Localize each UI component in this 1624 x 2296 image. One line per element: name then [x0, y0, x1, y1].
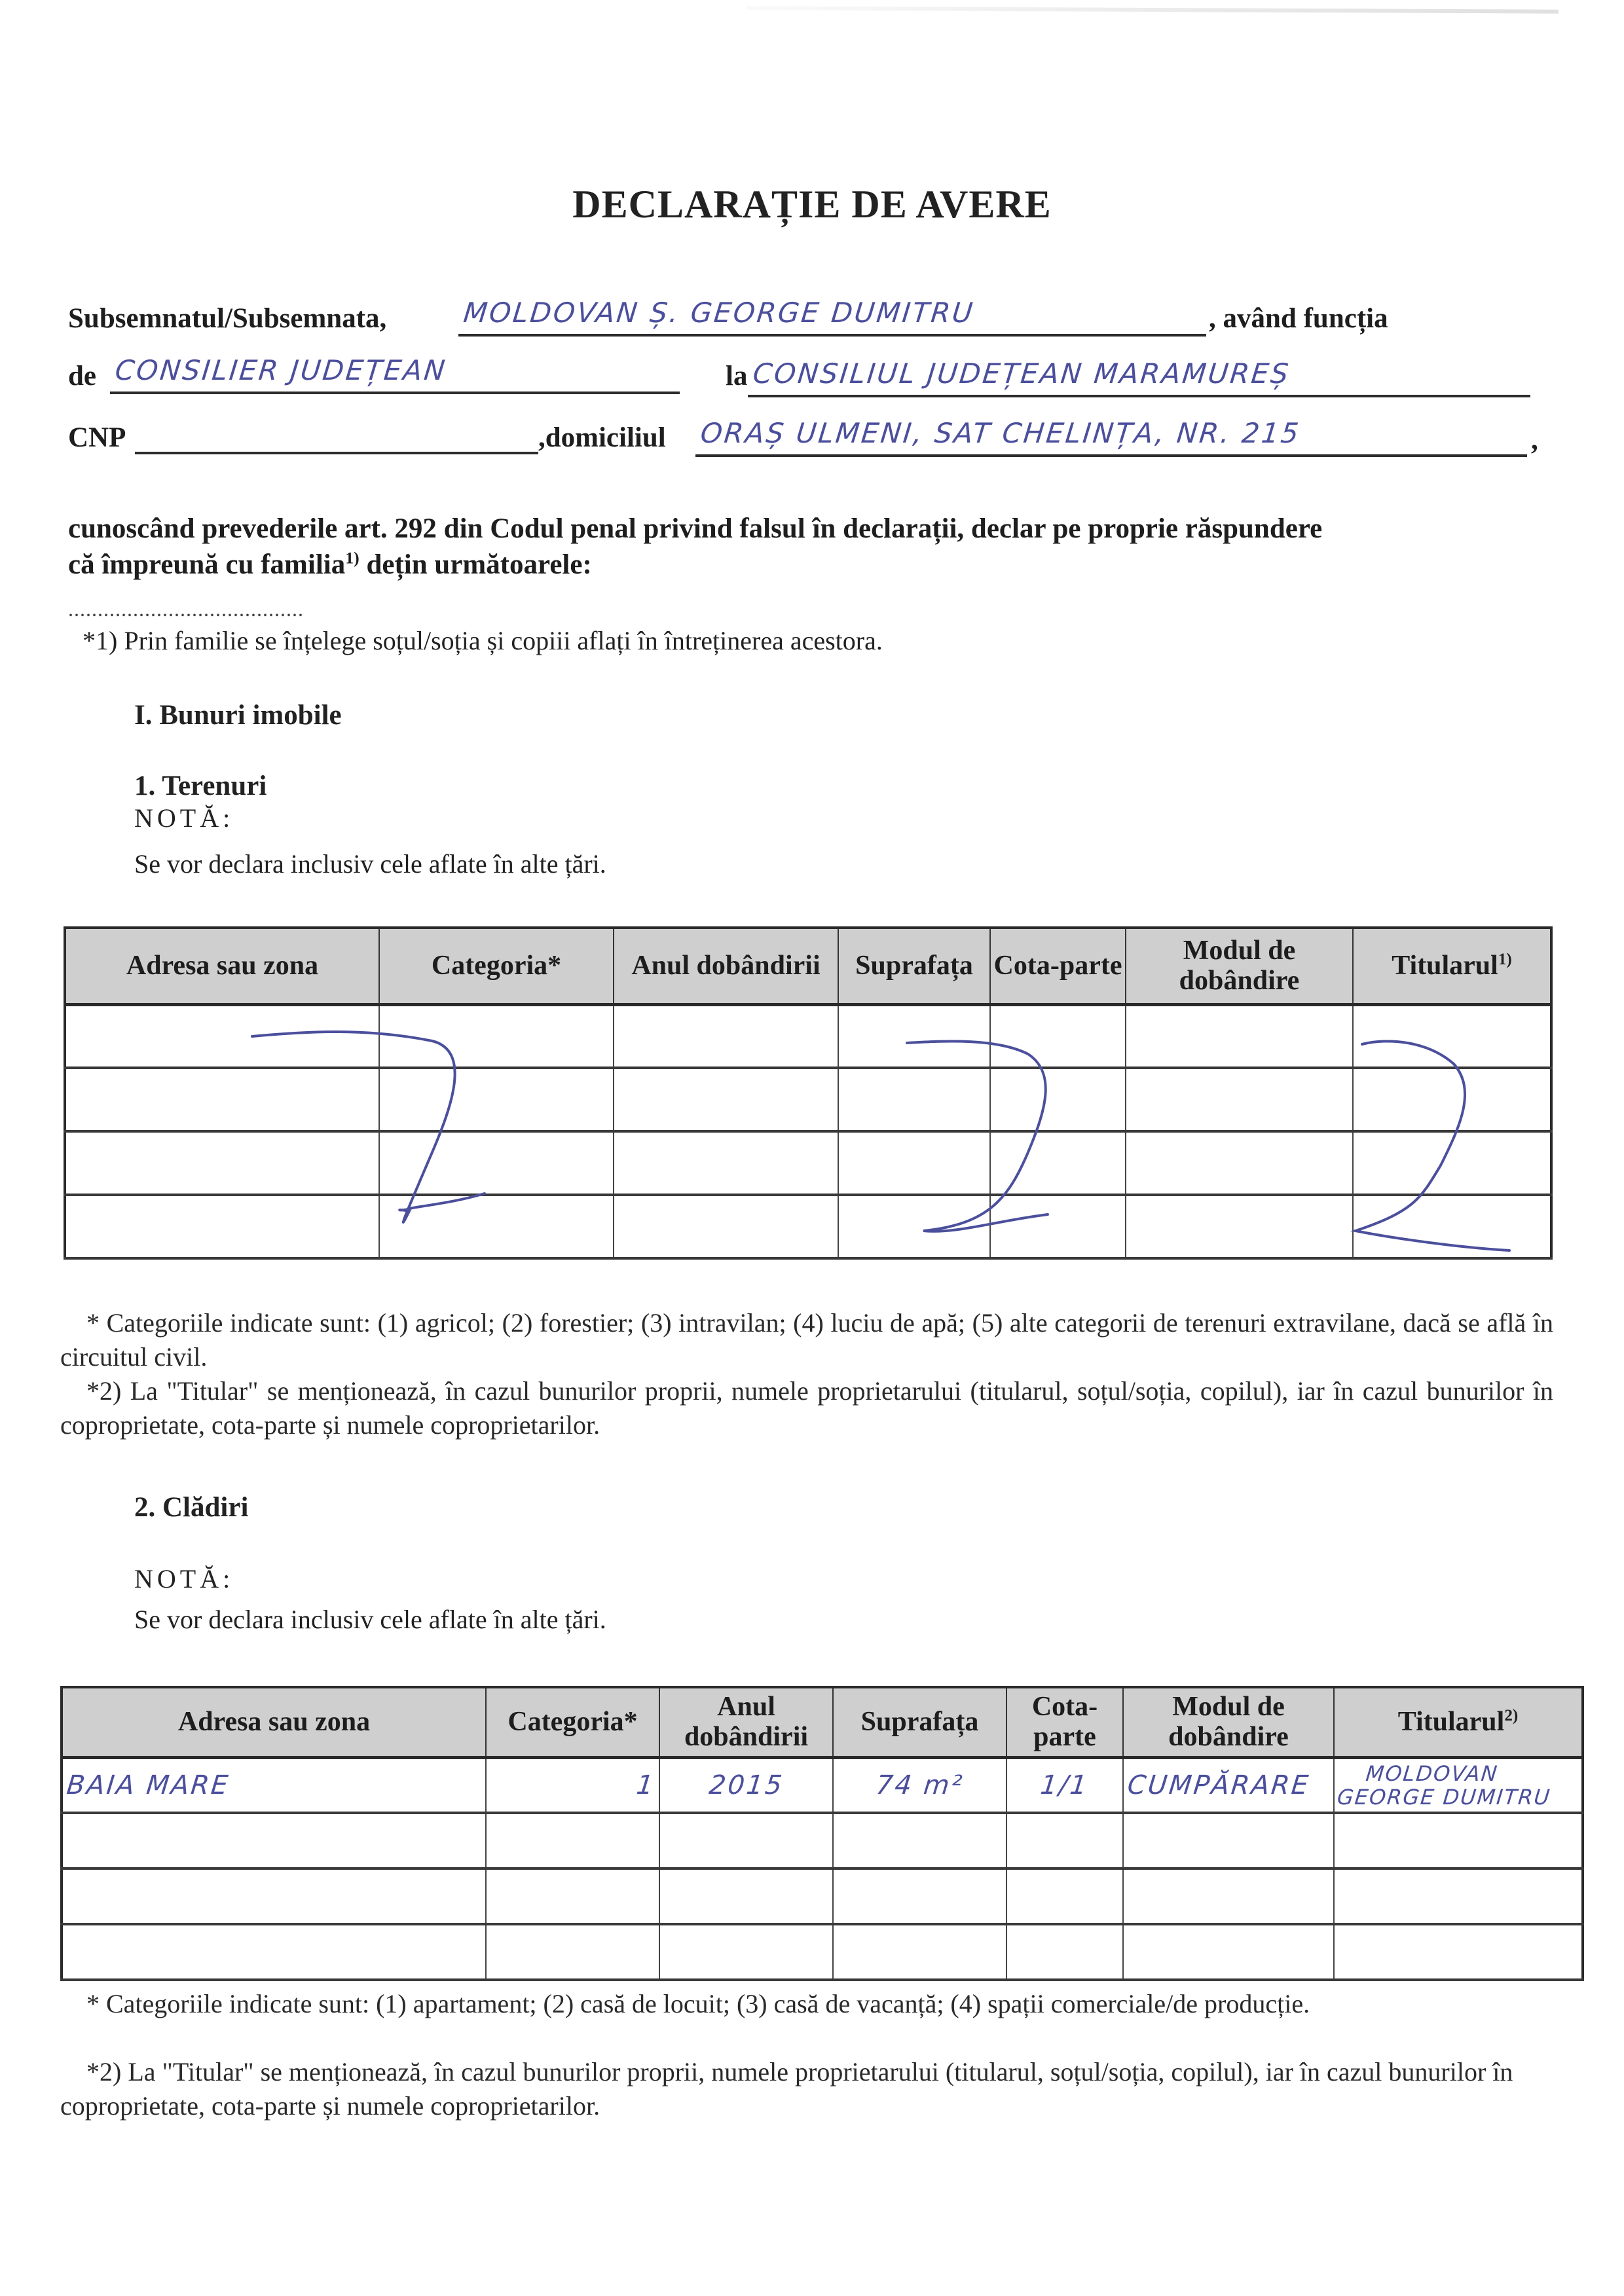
cell-share[interactable] [990, 1068, 1126, 1131]
institution-prefix: la [726, 360, 747, 392]
cell-address[interactable]: BAIA MARE [62, 1757, 486, 1813]
note-label-cladiri: NOTĂ: [134, 1563, 234, 1594]
institution-value: CONSILIUL JUDEȚEAN MARAMUREȘ [751, 357, 1291, 390]
name-field[interactable]: MOLDOVAN Ș. GEORGE DUMITRU [458, 296, 1206, 337]
cell-titular[interactable] [1334, 1813, 1583, 1868]
cell-year[interactable] [614, 1068, 838, 1131]
cell-surface[interactable] [833, 1924, 1006, 1980]
titular-line-2: GEORGE DUMITRU [1336, 1785, 1578, 1809]
subsection-heading-terenuri: 1. Terenuri [134, 770, 267, 802]
cell-acquisition-mode[interactable] [1126, 1131, 1353, 1195]
statement-line-2: că împreună cu familia1) dețin următoare… [68, 547, 1555, 583]
table-row [65, 1004, 1551, 1068]
note-label-terenuri: NOTĂ: [134, 803, 234, 833]
domicile-value: ORAȘ ULMENI, SAT CHELINȚA, NR. 215 [699, 417, 1302, 449]
name-label: Subsemnatul/Subsemnata, [68, 303, 386, 334]
cell-acquisition-mode[interactable] [1126, 1004, 1353, 1068]
cell-value: 1 [635, 1770, 656, 1800]
cell-share[interactable]: 1/1 [1006, 1757, 1123, 1813]
col-header-year: Anul dobândirii [614, 928, 838, 1004]
cell-share[interactable] [990, 1195, 1126, 1258]
cell-acquisition-mode[interactable] [1123, 1868, 1334, 1924]
name-value: MOLDOVAN Ș. GEORGE DUMITRU [462, 297, 976, 329]
cell-acquisition-mode[interactable] [1126, 1195, 1353, 1258]
cnp-label: CNP [68, 422, 126, 454]
cell-titular[interactable] [1353, 1004, 1551, 1068]
cell-address[interactable] [62, 1924, 486, 1980]
cell-value: BAIA MARE [65, 1770, 231, 1800]
col-header-surface: Suprafața [838, 928, 990, 1004]
cell-acquisition-mode[interactable] [1126, 1068, 1353, 1131]
col-header-share: Cota-parte [1006, 1687, 1123, 1757]
cell-category[interactable] [379, 1131, 614, 1195]
institution-field[interactable]: CONSILIUL JUDEȚEAN MARAMUREȘ [748, 357, 1530, 397]
declarant-name-row: Subsemnatul/Subsemnata, [68, 302, 386, 335]
cell-year[interactable] [659, 1813, 833, 1868]
section-heading-bunuri-imobile: I. Bunuri imobile [134, 699, 342, 731]
table-row [65, 1068, 1551, 1131]
table-header-row: Adresa sau zona Categoria* Anul dobândir… [62, 1687, 1583, 1757]
cell-surface[interactable] [838, 1195, 990, 1258]
cell-address[interactable] [62, 1813, 486, 1868]
function-field[interactable]: CONSILIER JUDEȚEAN [110, 354, 680, 394]
cell-surface[interactable] [838, 1004, 990, 1068]
col-header-titular: Titularul1) [1353, 928, 1551, 1004]
col-header-category: Categoria* [486, 1687, 659, 1757]
cell-titular[interactable] [1334, 1868, 1583, 1924]
col-header-titular: Titularul2) [1334, 1687, 1583, 1757]
cell-category[interactable] [486, 1924, 659, 1980]
cell-year[interactable]: 2015 [659, 1757, 833, 1813]
cell-titular[interactable]: MOLDOVANGEORGE DUMITRU [1334, 1757, 1583, 1813]
cell-category[interactable]: 1 [486, 1757, 659, 1813]
cell-year[interactable] [614, 1131, 838, 1195]
cell-year[interactable] [659, 1868, 833, 1924]
cell-address[interactable] [65, 1068, 379, 1131]
cell-category[interactable] [379, 1068, 614, 1131]
table-header-row: Adresa sau zona Categoria* Anul dobândir… [65, 928, 1551, 1004]
cell-share[interactable] [1006, 1868, 1123, 1924]
cell-titular[interactable] [1334, 1924, 1583, 1980]
footnote-ref: 1) [345, 549, 360, 568]
col-header-address: Adresa sau zona [65, 928, 379, 1004]
cell-surface[interactable] [833, 1868, 1006, 1924]
family-footnote: *1) Prin familie se înțelege soțul/soția… [83, 625, 883, 656]
cell-category[interactable] [379, 1004, 614, 1068]
col-header-category: Categoria* [379, 928, 614, 1004]
table-terenuri: Adresa sau zona Categoria* Anul dobândir… [64, 926, 1553, 1260]
cell-address[interactable] [62, 1868, 486, 1924]
cell-surface[interactable] [833, 1813, 1006, 1868]
domicile-label: ,domiciliul [538, 422, 666, 454]
cell-address[interactable] [65, 1004, 379, 1068]
cell-value: MOLDOVANGEORGE DUMITRU [1336, 1762, 1580, 1809]
function-value: CONSILIER JUDEȚEAN [113, 354, 448, 386]
cell-value: 74 m² [874, 1770, 965, 1800]
cell-address[interactable] [65, 1131, 379, 1195]
table-cladiri: Adresa sau zona Categoria* Anul dobândir… [60, 1686, 1584, 1981]
domicile-suffix: , [1531, 424, 1538, 456]
cell-titular[interactable] [1353, 1131, 1551, 1195]
cell-surface[interactable] [838, 1131, 990, 1195]
table-row [62, 1868, 1583, 1924]
cell-value: 1/1 [1039, 1770, 1090, 1800]
cell-share[interactable] [990, 1131, 1126, 1195]
col-header-surface: Suprafața [833, 1687, 1006, 1757]
subsection-heading-cladiri: 2. Clădiri [134, 1491, 248, 1523]
cell-value: CUMPĂRARE [1126, 1770, 1312, 1800]
scan-artifact [747, 6, 1559, 13]
cell-category[interactable] [486, 1868, 659, 1924]
table-row: BAIA MARE1201574 m²1/1CUMPĂRAREMOLDOVANG… [62, 1757, 1583, 1813]
cnp-field[interactable] [135, 414, 538, 454]
footnote-categories-cladiri: * Categoriile indicate sunt: (1) apartam… [60, 1987, 1553, 2021]
col-header-share: Cota-parte [990, 928, 1126, 1004]
footnote-categories-terenuri: * Categoriile indicate sunt: (1) agricol… [60, 1306, 1553, 1374]
cell-surface[interactable] [838, 1068, 990, 1131]
page-title: DECLARAȚIE DE AVERE [0, 182, 1624, 227]
function-suffix: , având funcția [1209, 302, 1388, 335]
table-row [65, 1131, 1551, 1195]
function-prefix: de [68, 360, 96, 392]
cell-share[interactable] [990, 1004, 1126, 1068]
cell-acquisition-mode[interactable] [1123, 1924, 1334, 1980]
note-text-terenuri: Se vor declara inclusiv cele aflate în a… [134, 848, 606, 879]
cell-year[interactable] [659, 1924, 833, 1980]
note-text-cladiri: Se vor declara inclusiv cele aflate în a… [134, 1604, 606, 1635]
col-header-address: Adresa sau zona [62, 1687, 486, 1757]
cell-category[interactable] [486, 1813, 659, 1868]
cell-address[interactable] [65, 1195, 379, 1258]
cell-year[interactable] [614, 1004, 838, 1068]
table-row [62, 1924, 1583, 1980]
cell-year[interactable] [614, 1195, 838, 1258]
separator-dots: ........................................ [68, 597, 304, 621]
col-header-acquisition-mode: Modul de dobândire [1126, 928, 1353, 1004]
cell-titular[interactable] [1353, 1068, 1551, 1131]
statement: cunoscând prevederile art. 292 din Codul… [68, 511, 1555, 583]
footnote-titular-cladiri: *2) La "Titular" se menționează, în cazu… [60, 2055, 1553, 2123]
cell-acquisition-mode[interactable] [1123, 1813, 1334, 1868]
cell-value: 2015 [707, 1770, 785, 1800]
cell-share[interactable] [1006, 1924, 1123, 1980]
cell-acquisition-mode[interactable]: CUMPĂRARE [1123, 1757, 1334, 1813]
cell-surface[interactable]: 74 m² [833, 1757, 1006, 1813]
table-row [65, 1195, 1551, 1258]
statement-line-1: cunoscând prevederile art. 292 din Codul… [68, 511, 1555, 547]
cell-share[interactable] [1006, 1813, 1123, 1868]
cell-titular[interactable] [1353, 1195, 1551, 1258]
col-header-year: Anul dobândirii [659, 1687, 833, 1757]
table-row [62, 1813, 1583, 1868]
titular-line-1: MOLDOVAN [1338, 1762, 1580, 1785]
domicile-field[interactable]: ORAȘ ULMENI, SAT CHELINȚA, NR. 215 [695, 416, 1527, 457]
footnote-titular-terenuri: *2) La "Titular" se menționează, în cazu… [60, 1374, 1553, 1442]
col-header-acquisition-mode: Modul de dobândire [1123, 1687, 1334, 1757]
cell-category[interactable] [379, 1195, 614, 1258]
